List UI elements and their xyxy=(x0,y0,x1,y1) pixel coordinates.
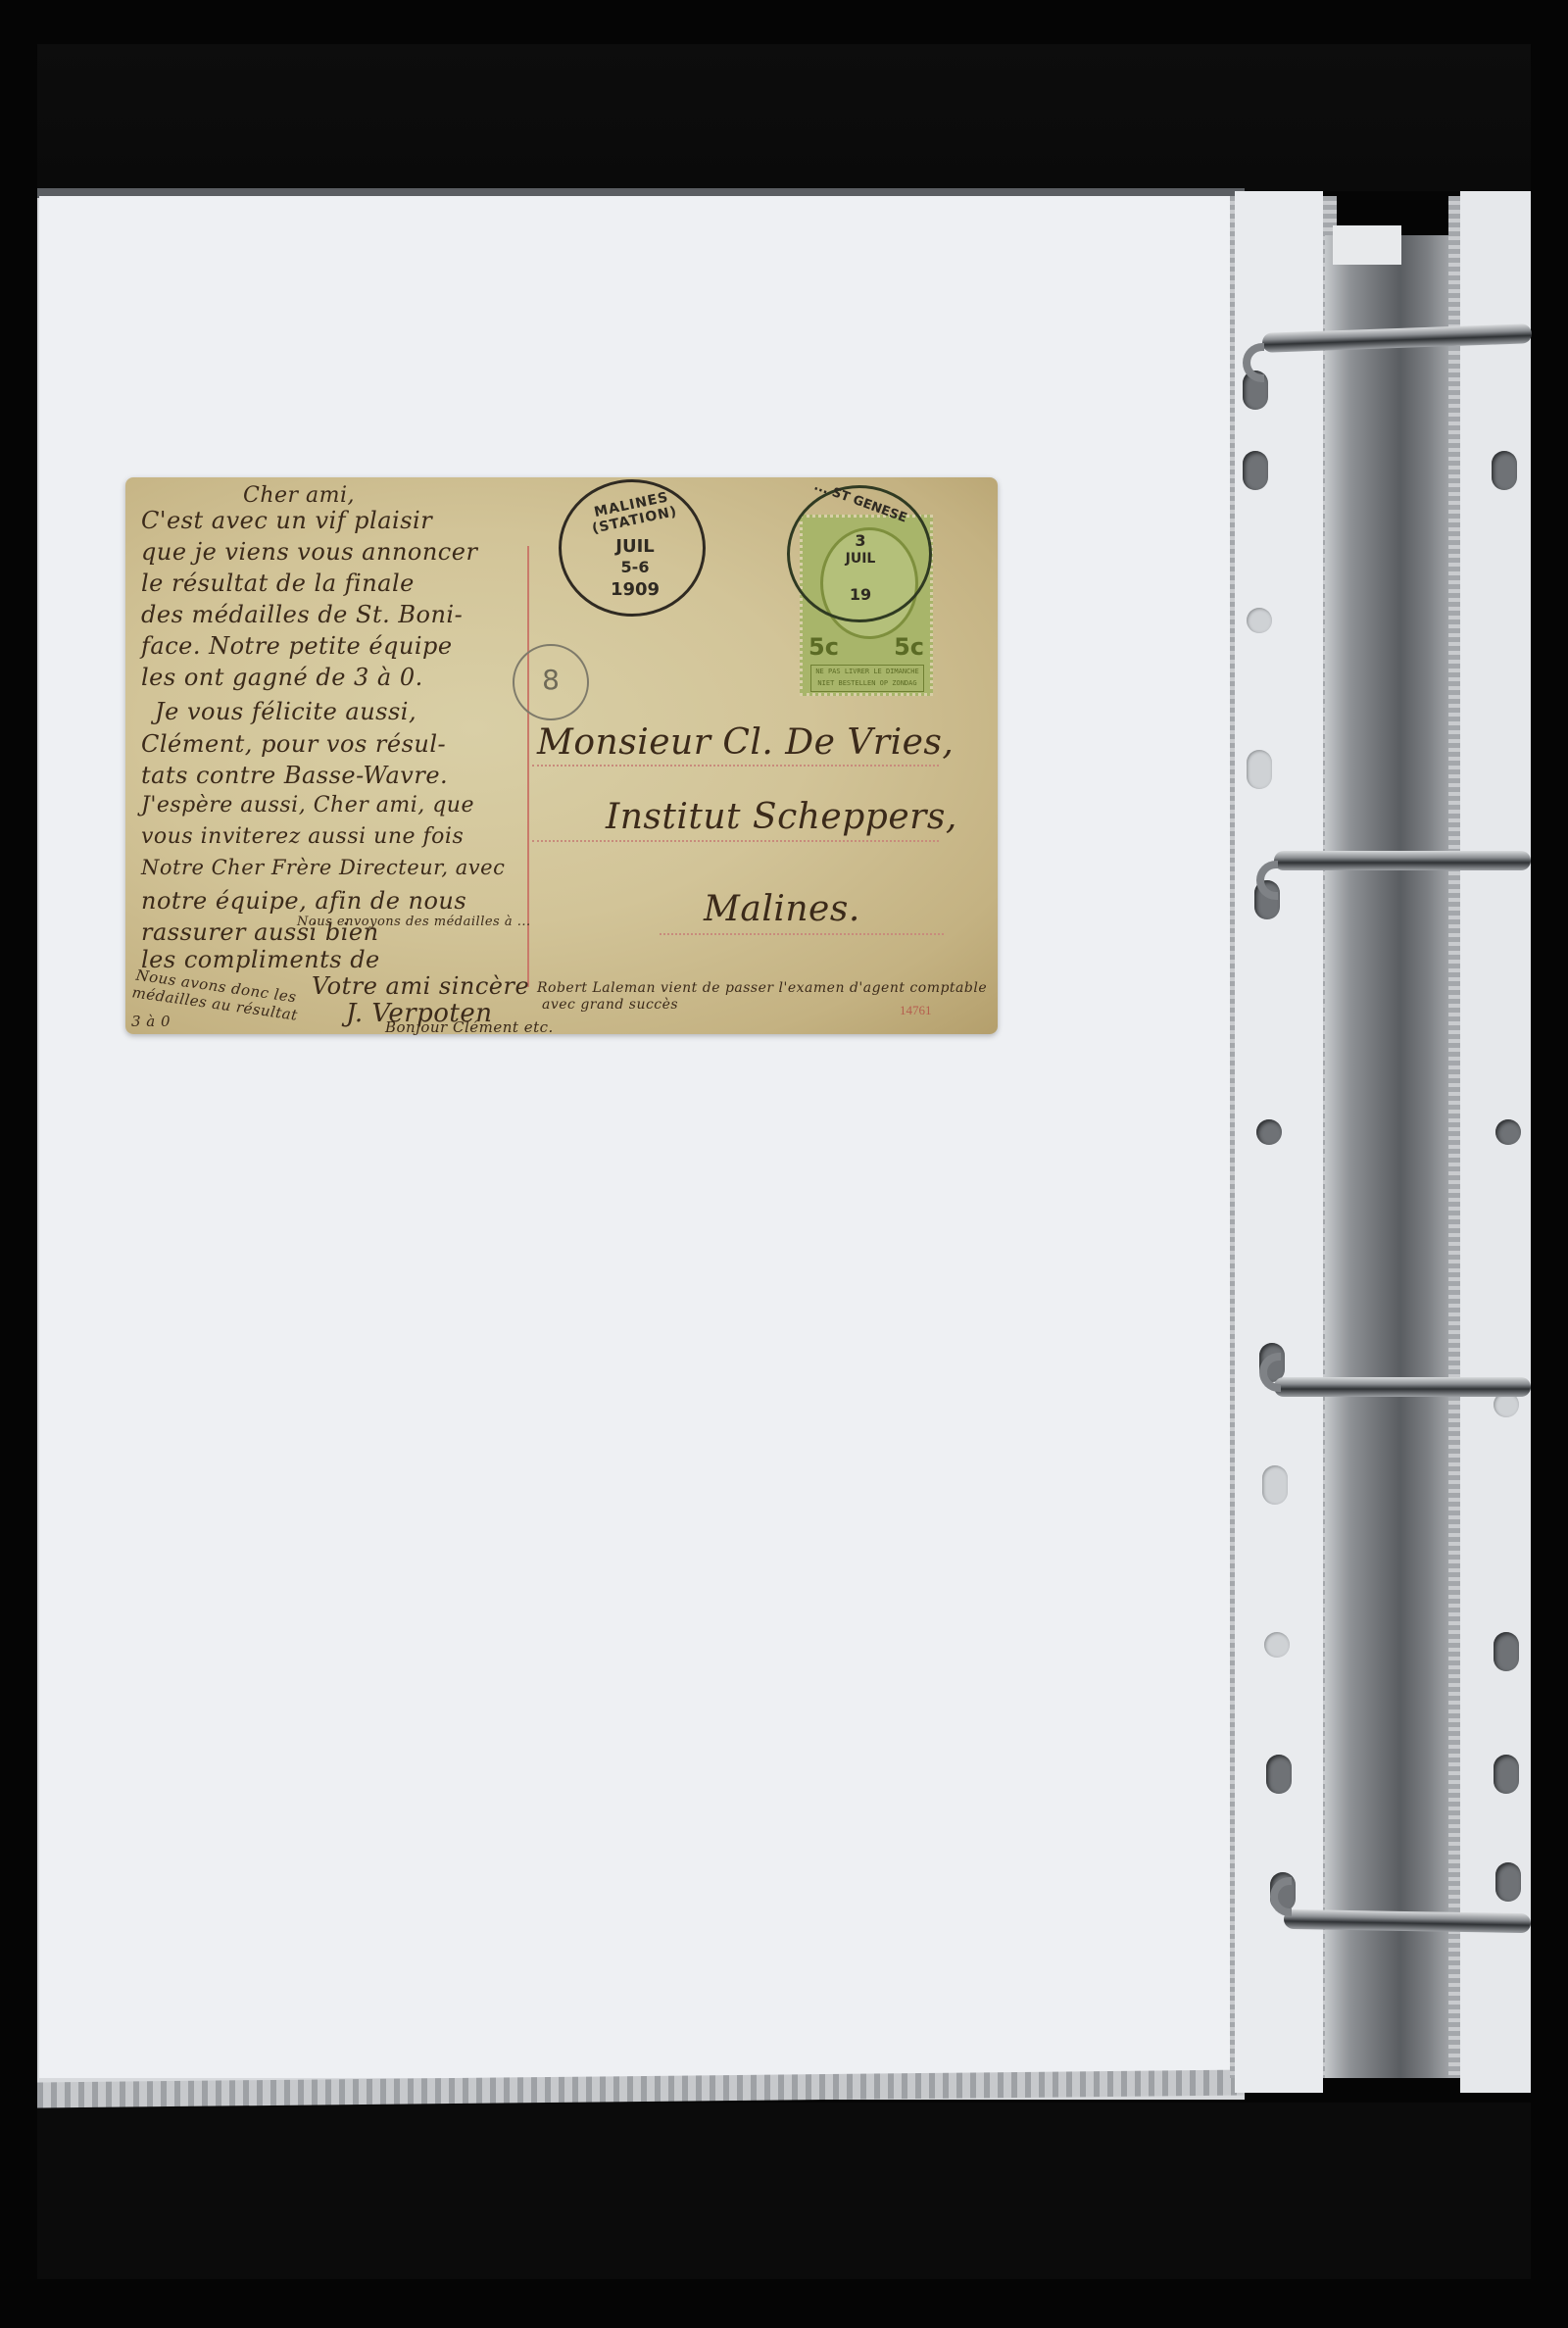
punch-hole xyxy=(1256,1119,1282,1145)
message-line: Je vous félicite aussi, xyxy=(155,698,416,725)
postmark-month: JUIL xyxy=(596,536,674,557)
punch-hole xyxy=(1243,451,1268,490)
postmark-right-month: JUIL xyxy=(831,551,890,567)
message-line: notre équipe, afin de nous xyxy=(141,887,466,915)
message-line: le résultat de la finale xyxy=(141,570,415,597)
binder-spine xyxy=(1325,235,1462,2078)
postmark-right-day: 3 xyxy=(831,531,890,550)
dark-background-bottom xyxy=(37,2103,1531,2279)
binder-mechanism-top xyxy=(1333,225,1401,265)
postmark-right-year: 19 xyxy=(831,585,890,604)
message-line: J'espère aussi, Cher ami, que xyxy=(141,793,474,817)
message-salutation: Cher ami, xyxy=(243,483,355,508)
binder-ring-3[interactable] xyxy=(1274,1377,1531,1397)
punch-hole xyxy=(1247,608,1272,633)
punch-hole xyxy=(1495,1119,1521,1145)
stamp-tab-line-1: NE PAS LIVRER LE DIMANCHE xyxy=(811,666,923,677)
address-institution: Institut Scheppers, xyxy=(606,797,957,837)
postmark-time: 5-6 xyxy=(596,558,674,576)
address-city: Malines. xyxy=(704,889,860,929)
punch-hole xyxy=(1264,1632,1290,1658)
message-line: que je viens vous annoncer xyxy=(141,538,477,566)
stamp-tab-line-2: NIET BESTELLEN OP ZONDAG xyxy=(811,677,923,689)
signature-note: Bonjour Clément etc. xyxy=(385,1018,554,1036)
message-line: des médailles de St. Boni- xyxy=(141,601,463,628)
binder-ring-2[interactable] xyxy=(1274,851,1531,870)
stamp-sunday-tab: NE PAS LIVRER LE DIMANCHE NIET BESTELLEN… xyxy=(810,665,924,692)
interlinear-note: Nous envoyons des médailles à ... xyxy=(297,915,531,929)
message-line: Notre Cher Frère Directeur, avec xyxy=(141,856,505,879)
punch-hole xyxy=(1494,1755,1519,1794)
card-number: 14761 xyxy=(900,1003,932,1018)
message-closing: Votre ami sincère xyxy=(312,972,529,1000)
punch-hole xyxy=(1492,451,1517,490)
circled-mark-number: 8 xyxy=(514,664,587,696)
message-line: les compliments de xyxy=(141,946,380,973)
address-line-rule xyxy=(532,840,939,842)
message-line: tats contre Basse-Wavre. xyxy=(141,762,448,789)
message-line: vous inviterez aussi une fois xyxy=(141,824,464,849)
stamp-value-left: 5c xyxy=(808,633,839,661)
punch-hole xyxy=(1266,1755,1292,1794)
message-line: face. Notre petite équipe xyxy=(141,632,453,660)
bottom-note-line: avec grand succès xyxy=(542,997,678,1013)
dark-background-top xyxy=(37,44,1531,191)
address-recipient: Monsieur Cl. De Vries, xyxy=(537,722,954,763)
punch-hole xyxy=(1247,750,1272,789)
postmark-year: 1909 xyxy=(596,579,674,600)
bottom-note-line: Robert Laleman vient de passer l'examen … xyxy=(537,980,987,996)
postcard: Cher ami, C'est avec un vif plaisir que … xyxy=(125,477,998,1034)
punch-hole xyxy=(1494,1632,1519,1671)
message-line: Clément, pour vos résul- xyxy=(141,730,446,758)
address-line-rule xyxy=(532,765,939,767)
circled-mark: 8 xyxy=(513,644,589,720)
message-line: les ont gagné de 3 à 0. xyxy=(141,664,423,691)
punch-hole xyxy=(1262,1465,1288,1505)
stamp-value-right: 5c xyxy=(894,633,924,661)
margin-note-line: 3 à 0 xyxy=(131,1013,171,1030)
punch-hole xyxy=(1495,1862,1521,1902)
address-line-rule xyxy=(660,933,944,935)
message-line: C'est avec un vif plaisir xyxy=(141,507,432,534)
